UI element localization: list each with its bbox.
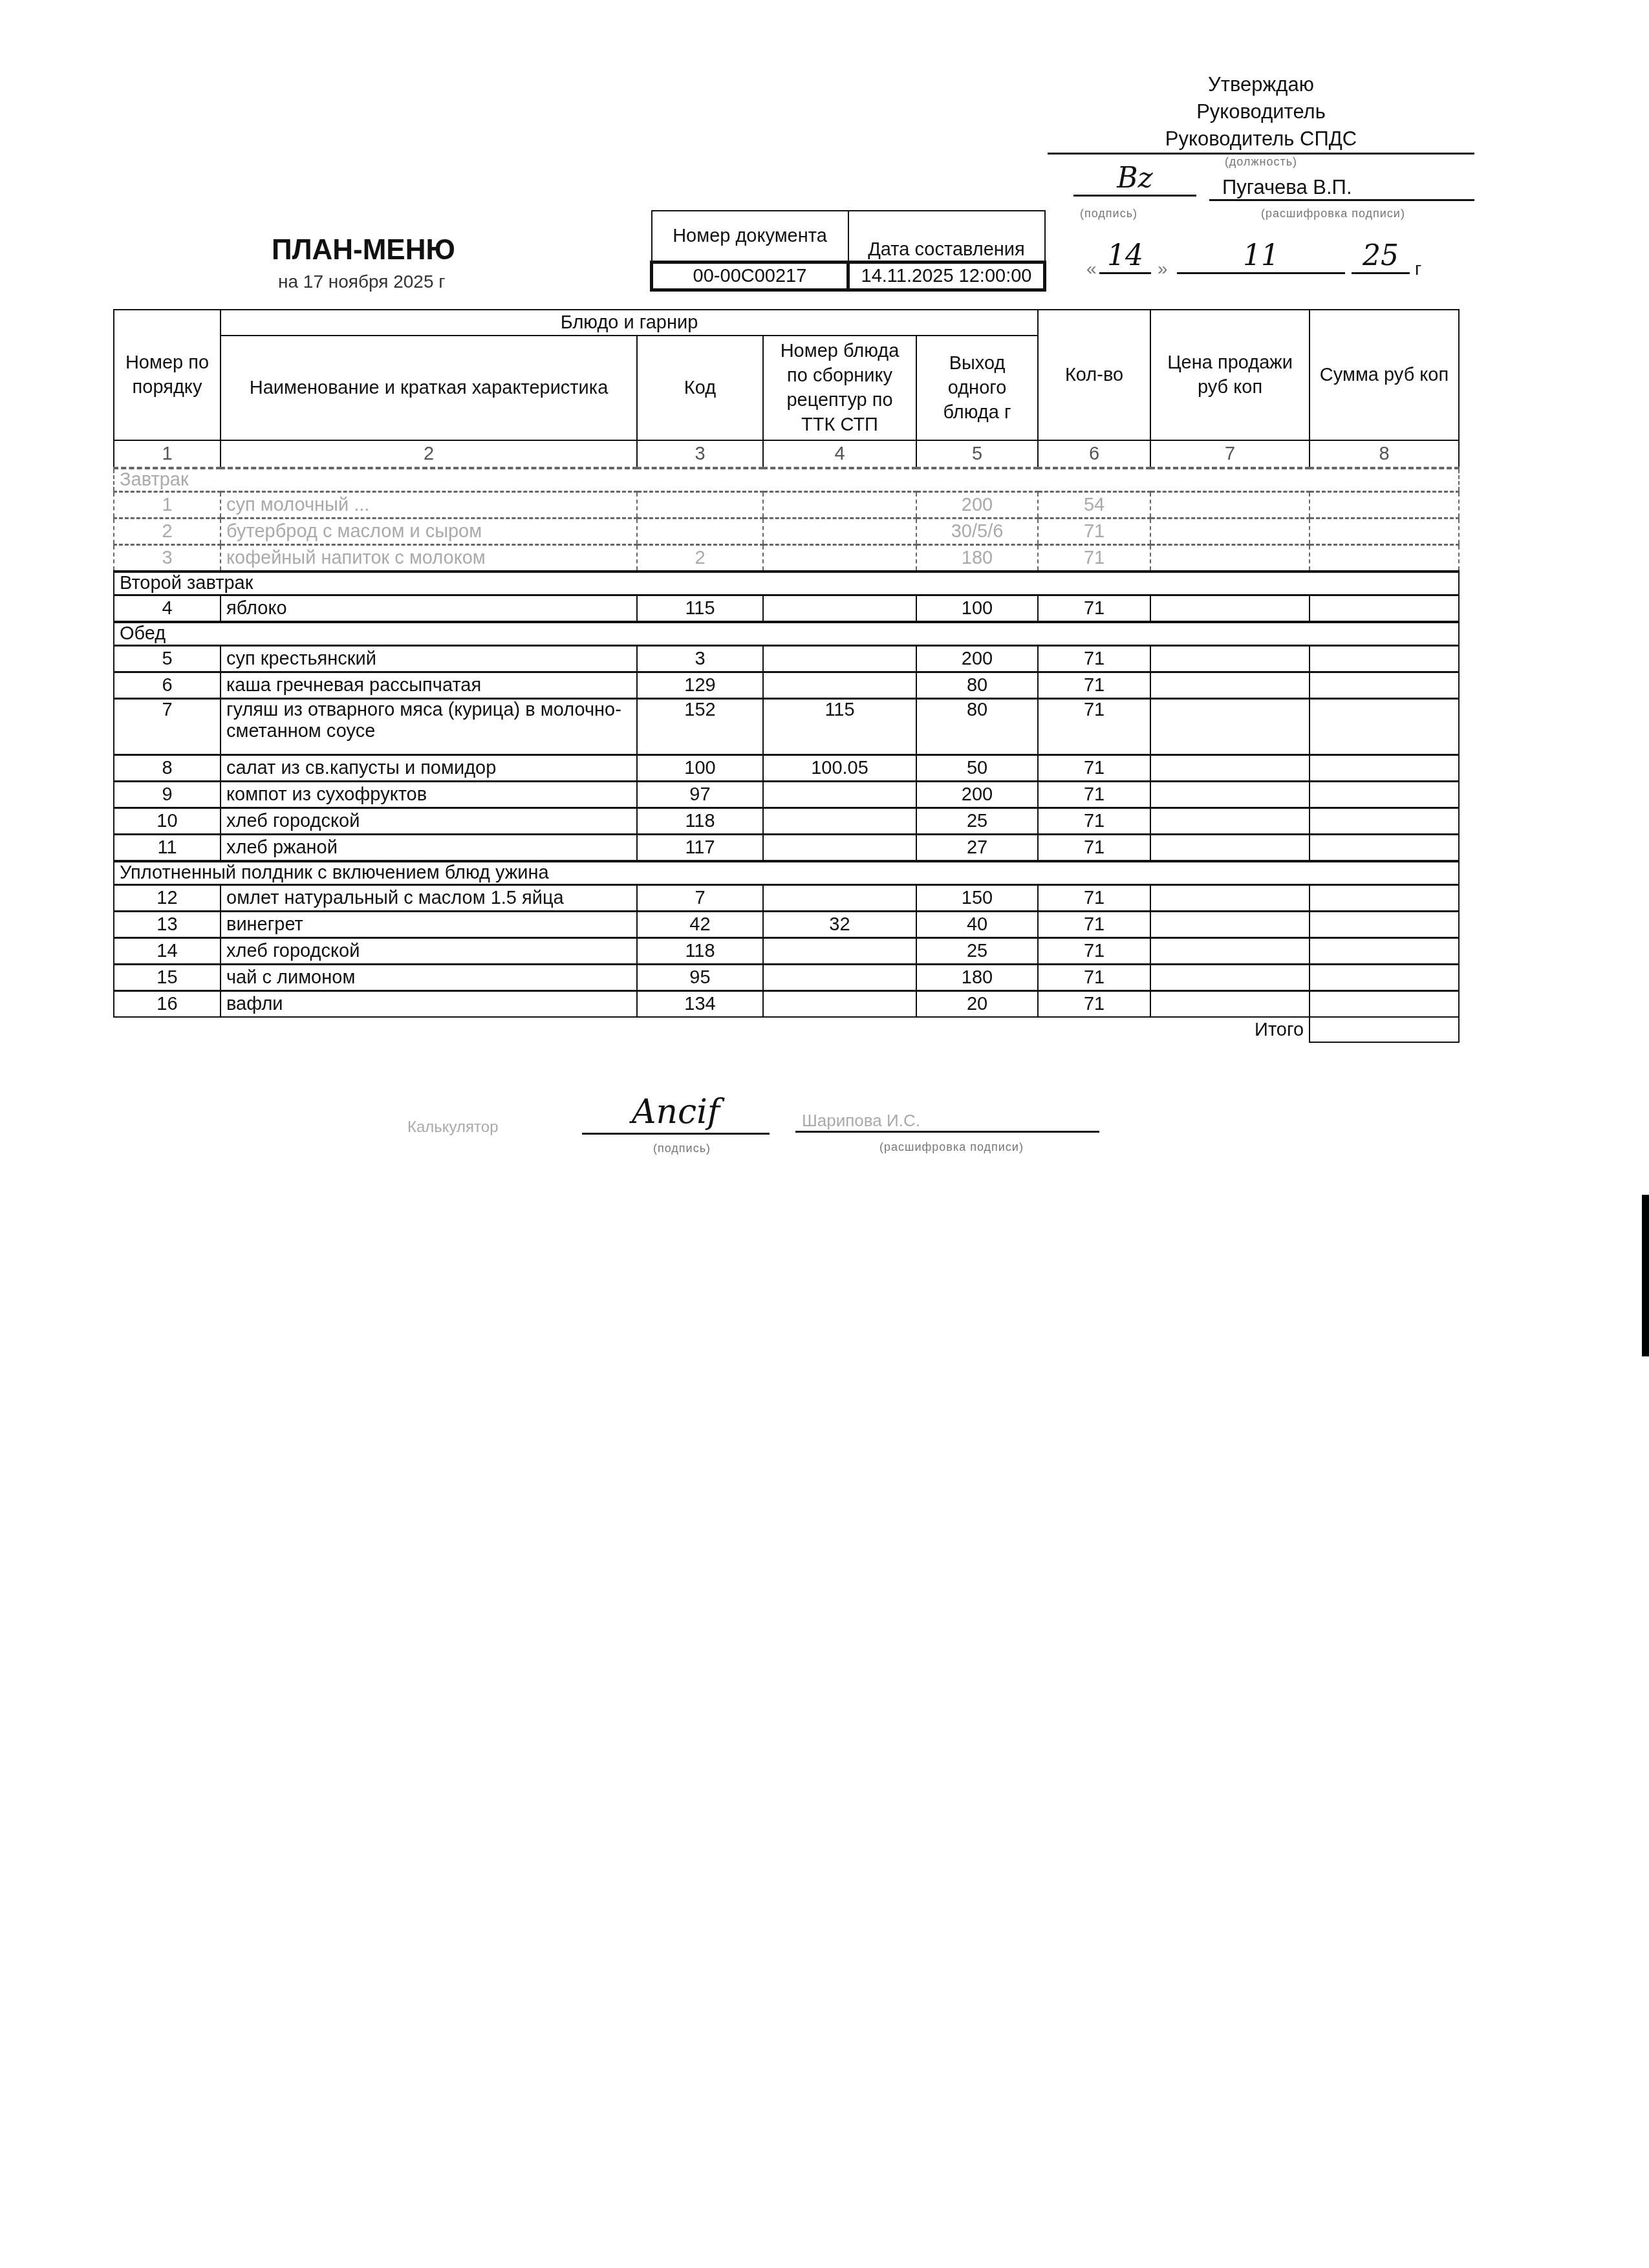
cell-n: 14 <box>114 938 221 965</box>
cell-name: хлеб городской <box>221 938 637 965</box>
year-suffix: г <box>1415 259 1421 279</box>
footer-signature-block: Калькулятор Ancif Шарипова И.С. (подпись… <box>407 1093 1099 1164</box>
header-code: Код <box>637 336 763 440</box>
cell-name: бутерброд с маслом и сыром <box>221 519 637 545</box>
cell-n: 16 <box>114 991 221 1018</box>
cell-price <box>1150 782 1309 808</box>
cell-recipe <box>763 808 916 835</box>
table-row: 9компот из сухофруктов9720071 <box>114 782 1459 808</box>
cell-recipe <box>763 492 916 519</box>
header-group: Блюдо и гарнир <box>221 310 1038 336</box>
cell-sum <box>1309 782 1459 808</box>
cell-recipe <box>763 782 916 808</box>
footer-signatory: Шарипова И.С. <box>795 1111 1099 1133</box>
header-price: Цена продажи руб коп <box>1150 310 1309 440</box>
cell-code: 7 <box>637 885 763 912</box>
header-output: Выход одного блюда г <box>916 336 1038 440</box>
cell-qty: 54 <box>1038 492 1150 519</box>
cell-n: 15 <box>114 965 221 991</box>
cell-output: 40 <box>916 912 1038 938</box>
cell-recipe: 32 <box>763 912 916 938</box>
cell-qty: 71 <box>1038 938 1150 965</box>
cell-name: суп молочный ... <box>221 492 637 519</box>
table-row: 12омлет натуральный с маслом 1.5 яйца715… <box>114 885 1459 912</box>
cell-code: 42 <box>637 912 763 938</box>
cell-n: 12 <box>114 885 221 912</box>
cell-code: 2 <box>637 545 763 572</box>
section-header-row: Завтрак <box>114 468 1459 492</box>
cell-name: вафли <box>221 991 637 1018</box>
approval-date: « 14 » 11 25 г <box>1086 239 1423 284</box>
cell-qty: 71 <box>1038 519 1150 545</box>
table-row: 16вафли1342071 <box>114 991 1459 1018</box>
doc-date: 14.11.2025 12:00:00 <box>848 262 1045 290</box>
approval-block: Утверждаю Руководитель Руководитель СПДС… <box>1048 71 1474 169</box>
cell-output: 25 <box>916 938 1038 965</box>
cell-output: 200 <box>916 646 1038 672</box>
signature-caption: (подпись) <box>1080 207 1137 220</box>
cell-qty: 71 <box>1038 885 1150 912</box>
cell-price <box>1150 912 1309 938</box>
cell-output: 200 <box>916 492 1038 519</box>
cell-n: 2 <box>114 519 221 545</box>
cell-code: 152 <box>637 699 763 755</box>
footer-signatory-caption: (расшифровка подписи) <box>879 1140 1024 1154</box>
table-row: 4яблоко11510071 <box>114 595 1459 623</box>
table-row: 14хлеб городской1182571 <box>114 938 1459 965</box>
menu-body: Завтрак1суп молочный ...200542бутерброд … <box>114 468 1459 1042</box>
approver-signature-row: Bz Пугачева В.П. (подпись) (расшифровка … <box>1048 162 1474 213</box>
cell-sum <box>1309 755 1459 782</box>
column-number: 5 <box>916 440 1038 468</box>
cell-recipe <box>763 835 916 862</box>
cell-recipe <box>763 519 916 545</box>
cell-recipe: 100.05 <box>763 755 916 782</box>
cell-output: 50 <box>916 755 1038 782</box>
cell-sum <box>1309 965 1459 991</box>
cell-recipe <box>763 672 916 699</box>
header-name: Наименование и краткая характеристика <box>221 336 637 440</box>
cell-price <box>1150 545 1309 572</box>
table-row: 10хлеб городской1182571 <box>114 808 1459 835</box>
cell-code: 3 <box>637 646 763 672</box>
column-number-row: 12345678 <box>114 440 1459 468</box>
section-title: Второй завтрак <box>114 572 1459 595</box>
cell-recipe <box>763 595 916 623</box>
document-info-table: Номер документа Дата составления 00-00С0… <box>650 210 1046 292</box>
cell-qty: 71 <box>1038 755 1150 782</box>
cell-price <box>1150 646 1309 672</box>
cell-price <box>1150 699 1309 755</box>
cell-qty: 71 <box>1038 545 1150 572</box>
cell-output: 200 <box>916 782 1038 808</box>
approver-position: Руководитель СПДС <box>1048 125 1474 155</box>
cell-price <box>1150 492 1309 519</box>
cell-n: 3 <box>114 545 221 572</box>
cell-sum <box>1309 808 1459 835</box>
cell-n: 11 <box>114 835 221 862</box>
table-row: 2бутерброд с маслом и сыром30/5/671 <box>114 519 1459 545</box>
cell-n: 6 <box>114 672 221 699</box>
footer-signature: Ancif <box>582 1093 770 1135</box>
cell-output: 80 <box>916 672 1038 699</box>
table-row: 6каша гречневая рассыпчатая1298071 <box>114 672 1459 699</box>
table-row: 13винегрет42324071 <box>114 912 1459 938</box>
table-row: 15чай с лимоном9518071 <box>114 965 1459 991</box>
column-number: 7 <box>1150 440 1309 468</box>
cell-sum <box>1309 492 1459 519</box>
cell-code: 134 <box>637 991 763 1018</box>
cell-recipe <box>763 885 916 912</box>
cell-sum <box>1309 545 1459 572</box>
column-number: 1 <box>114 440 221 468</box>
total-row: Итого <box>114 1017 1459 1042</box>
cell-price <box>1150 808 1309 835</box>
column-number: 8 <box>1309 440 1459 468</box>
column-number: 4 <box>763 440 916 468</box>
cell-qty: 71 <box>1038 991 1150 1018</box>
cell-code: 97 <box>637 782 763 808</box>
approver-signature: Bz <box>1073 162 1196 197</box>
cell-code: 100 <box>637 755 763 782</box>
table-row: 1суп молочный ...20054 <box>114 492 1459 519</box>
cell-price <box>1150 755 1309 782</box>
cell-qty: 71 <box>1038 672 1150 699</box>
cell-name: кофейный напиток с молоком <box>221 545 637 572</box>
cell-recipe <box>763 545 916 572</box>
header-recipe: Номер блюда по сборнику рецептур по ТТК … <box>763 336 916 440</box>
cell-output: 30/5/6 <box>916 519 1038 545</box>
cell-name: чай с лимоном <box>221 965 637 991</box>
header-sum: Сумма руб коп <box>1309 310 1459 440</box>
header-qty: Кол-во <box>1038 310 1150 440</box>
table-row: 8салат из св.капусты и помидор100100.055… <box>114 755 1459 782</box>
doc-number-label: Номер документа <box>652 211 848 262</box>
document-subtitle: на 17 ноября 2025 г <box>278 272 445 292</box>
doc-date-label: Дата составления <box>848 211 1045 262</box>
signatory-caption: (расшифровка подписи) <box>1261 207 1405 220</box>
cell-price <box>1150 835 1309 862</box>
cell-name: винегрет <box>221 912 637 938</box>
cell-n: 10 <box>114 808 221 835</box>
cell-recipe <box>763 965 916 991</box>
section-header-row: Обед <box>114 622 1459 646</box>
cell-sum <box>1309 646 1459 672</box>
footer-role: Калькулятор <box>407 1118 499 1137</box>
cell-code: 118 <box>637 808 763 835</box>
cell-code: 118 <box>637 938 763 965</box>
cell-output: 180 <box>916 965 1038 991</box>
cell-name: суп крестьянский <box>221 646 637 672</box>
cell-recipe: 115 <box>763 699 916 755</box>
cell-name: хлеб ржаной <box>221 835 637 862</box>
header-order: Номер по порядку <box>114 310 221 440</box>
cell-sum <box>1309 699 1459 755</box>
cell-sum <box>1309 672 1459 699</box>
cell-output: 180 <box>916 545 1038 572</box>
cell-code <box>637 519 763 545</box>
approver-role: Руководитель <box>1048 98 1474 125</box>
cell-name: компот из сухофруктов <box>221 782 637 808</box>
table-row: 11хлеб ржаной1172771 <box>114 835 1459 862</box>
cell-qty: 71 <box>1038 782 1150 808</box>
section-title: Обед <box>114 622 1459 646</box>
cell-name: хлеб городской <box>221 808 637 835</box>
approval-date-month: 11 <box>1177 239 1345 274</box>
cell-recipe <box>763 991 916 1018</box>
cell-sum <box>1309 885 1459 912</box>
cell-price <box>1150 938 1309 965</box>
table-row: 5суп крестьянский320071 <box>114 646 1459 672</box>
cell-code: 115 <box>637 595 763 623</box>
table-row: 7гуляш из отварного мяса (курица) в моло… <box>114 699 1459 755</box>
cell-code: 117 <box>637 835 763 862</box>
cell-n: 7 <box>114 699 221 755</box>
approval-date-day: 14 <box>1099 239 1151 274</box>
total-label: Итого <box>1150 1017 1309 1042</box>
cell-name: салат из св.капусты и помидор <box>221 755 637 782</box>
cell-price <box>1150 965 1309 991</box>
section-header-row: Уплотненный полдник с включением блюд уж… <box>114 861 1459 885</box>
scan-edge-mark <box>1642 1195 1649 1356</box>
cell-price <box>1150 991 1309 1018</box>
cell-output: 150 <box>916 885 1038 912</box>
cell-price <box>1150 672 1309 699</box>
cell-output: 27 <box>916 835 1038 862</box>
approver-name: Пугачева В.П. <box>1209 176 1474 201</box>
cell-sum <box>1309 991 1459 1018</box>
section-title: Уплотненный полдник с включением блюд уж… <box>114 861 1459 885</box>
cell-qty: 71 <box>1038 808 1150 835</box>
cell-output: 100 <box>916 595 1038 623</box>
cell-name: яблоко <box>221 595 637 623</box>
column-number: 3 <box>637 440 763 468</box>
cell-price <box>1150 885 1309 912</box>
cell-recipe <box>763 938 916 965</box>
cell-qty: 71 <box>1038 595 1150 623</box>
cell-code: 129 <box>637 672 763 699</box>
cell-qty: 71 <box>1038 912 1150 938</box>
approve-word: Утверждаю <box>1048 71 1474 98</box>
cell-recipe <box>763 646 916 672</box>
cell-n: 5 <box>114 646 221 672</box>
footer-signature-caption: (подпись) <box>653 1142 711 1155</box>
cell-qty: 71 <box>1038 646 1150 672</box>
total-value <box>1309 1017 1459 1042</box>
cell-n: 4 <box>114 595 221 623</box>
document-title: ПЛАН-МЕНЮ <box>272 234 455 266</box>
cell-n: 8 <box>114 755 221 782</box>
section-header-row: Второй завтрак <box>114 572 1459 595</box>
cell-output: 80 <box>916 699 1038 755</box>
cell-sum <box>1309 595 1459 623</box>
column-number: 2 <box>221 440 637 468</box>
cell-sum <box>1309 938 1459 965</box>
cell-n: 1 <box>114 492 221 519</box>
cell-sum <box>1309 912 1459 938</box>
cell-sum <box>1309 519 1459 545</box>
section-title: Завтрак <box>114 468 1459 492</box>
cell-name: каша гречневая рассыпчатая <box>221 672 637 699</box>
cell-qty: 71 <box>1038 835 1150 862</box>
cell-price <box>1150 519 1309 545</box>
approval-date-year: 25 <box>1352 239 1410 274</box>
cell-qty: 71 <box>1038 965 1150 991</box>
doc-number: 00-00С00217 <box>652 262 848 290</box>
cell-name: гуляш из отварного мяса (курица) в молоч… <box>221 699 637 755</box>
cell-output: 20 <box>916 991 1038 1018</box>
menu-table: Номер по порядку Блюдо и гарнир Кол-во Ц… <box>113 309 1460 1043</box>
cell-n: 13 <box>114 912 221 938</box>
cell-n: 9 <box>114 782 221 808</box>
cell-price <box>1150 595 1309 623</box>
cell-qty: 71 <box>1038 699 1150 755</box>
table-row: 3кофейный напиток с молоком218071 <box>114 545 1459 572</box>
cell-output: 25 <box>916 808 1038 835</box>
cell-name: омлет натуральный с маслом 1.5 яйца <box>221 885 637 912</box>
cell-sum <box>1309 835 1459 862</box>
cell-code <box>637 492 763 519</box>
cell-code: 95 <box>637 965 763 991</box>
column-number: 6 <box>1038 440 1150 468</box>
